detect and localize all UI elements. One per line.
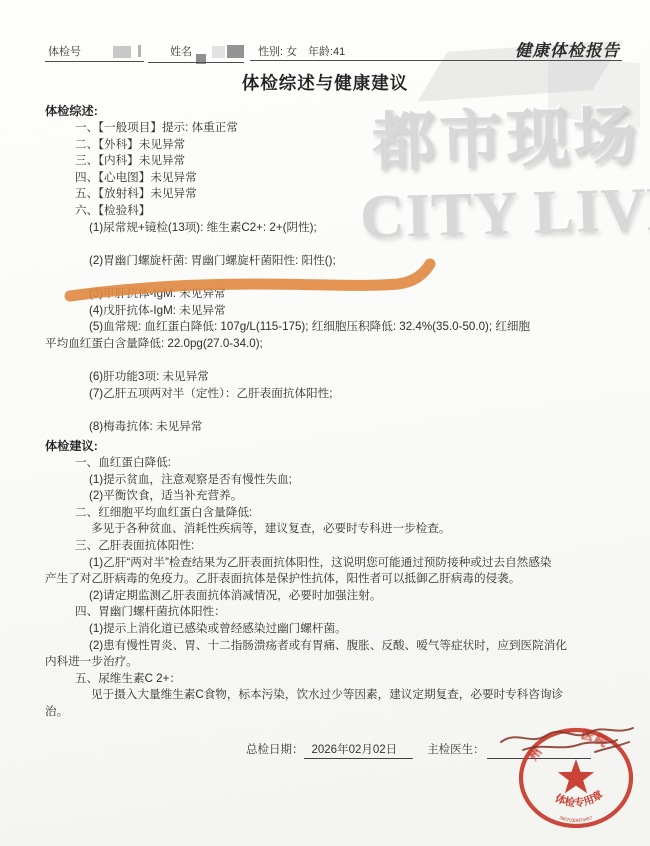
age-label: 年龄:41 — [308, 43, 345, 59]
advice-lines: 一、血红蛋白降低:(1)提示贫血，注意观察是否有慢性失血;(2)平衡饮食，适当补… — [45, 455, 620, 721]
header-rule — [45, 61, 144, 62]
advice-line: 多见于各种贫血、消耗性疾病等，建议复查，必要时专科进一步检查。 — [45, 521, 620, 538]
advice-line: 四、胃幽门螺杆菌抗体阳性： — [45, 604, 620, 621]
summary-heading: 体检综述: — [45, 102, 98, 119]
summary-line — [45, 236, 620, 253]
advice-line: 见于摄入大量维生素C食物，标本污染，饮水过少等因素，建议定期复查，必要时专科咨询… — [45, 687, 620, 704]
name-redaction — [212, 46, 225, 58]
summary-line: (1)尿常规+镜检(13项): 维生素C2+: 2+(阴性); — [45, 220, 620, 237]
name-redaction — [227, 45, 244, 58]
orange-marker-annotation — [58, 256, 450, 308]
advice-line: 五、尿维生素C 2+： — [45, 671, 620, 688]
summary-line: 四、【心电图】未见异常 — [45, 170, 620, 187]
advice-line: (1)乙肝“两对半”检查结果为乙肝表面抗体阳性，这说明您可能通过预防接种或过去自… — [45, 555, 620, 572]
name-label: 姓名 — [170, 43, 192, 59]
advice-line: (2)患有慢性胃炎、胃、十二指肠溃疡者或有胃痛、腹胀、反酸、嗳气等症状时，应到医… — [45, 638, 620, 655]
summary-line: 六、【检验科】 — [45, 203, 620, 220]
summary-line: (8)梅毒抗体: 未见异常 — [45, 419, 620, 436]
header-rule — [250, 60, 622, 61]
exam-no-redaction — [113, 46, 131, 58]
advice-line: (1)提示上消化道已感染或曾经感染过幽门螺杆菌。 — [45, 621, 620, 638]
advice-line: 内科进一步治疗。 — [45, 654, 620, 671]
page-title: 体检综述与健康建议 — [0, 70, 650, 95]
doctor-signature — [497, 722, 637, 762]
summary-line: (7)乙肝五项两对半（定性）：乙肝表面抗体阳性; — [45, 386, 620, 403]
stamp-bottom-text: 体检专用章 — [553, 787, 606, 809]
gender-label: 性别: 女 — [258, 43, 297, 59]
exam-no-redaction — [138, 45, 141, 57]
doctor-label: 主检医生： — [427, 744, 485, 756]
advice-line: (2)请定期监测乙肝表面抗体消减情况，必要时加强注射。 — [45, 588, 620, 605]
summary-line — [45, 402, 620, 419]
report-page: 都市现场 CITY LIVE 体检号 姓名 性别: 女 年龄:41 健康体检报告… — [0, 0, 650, 846]
summary-line: 平均血红蛋白含量降低: 22.0pg(27.0-34.0); — [45, 336, 620, 353]
advice-line: 三、乙肝表面抗体阳性: — [45, 538, 620, 555]
advice-line: (2)平衡饮食，适当补充营养。 — [45, 488, 620, 505]
summary-line: 一、【一般项目】提示: 体重正常 — [45, 120, 620, 137]
svg-text:体检专用章: 体检专用章 — [553, 787, 606, 809]
advice-heading: 体检建议: — [45, 437, 98, 454]
summary-line: 五、【放射科】未见异常 — [45, 186, 620, 203]
report-logo-text: 健康体检报告 — [515, 37, 620, 61]
advice-line: 二、红细胞平均血红蛋白含量降低: — [45, 505, 620, 522]
date-value: 2026年02月02日 — [304, 741, 414, 759]
svg-text:3607030NT4457: 3607030NT4457 — [559, 815, 594, 823]
advice-line: 一、血红蛋白降低: — [45, 455, 620, 472]
stamp-serial: 3607030NT4457 — [559, 815, 594, 823]
exam-no-label: 体检号 — [48, 43, 81, 59]
summary-line — [45, 352, 620, 369]
header-rule — [148, 62, 244, 63]
summary-line: (5)血常规: 血红蛋白降低: 107g/L(115-175); 红细胞压积降低… — [45, 319, 620, 336]
summary-line: (6)肝功能3项: 未见异常 — [45, 369, 620, 386]
advice-line: 治。 — [45, 704, 620, 721]
advice-line: (1)提示贫血，注意观察是否有慢性失血; — [45, 472, 620, 489]
date-label: 总检日期： — [246, 744, 304, 756]
advice-line: 产生了对乙肝病毒的免疫力。乙肝表面抗体是保护性抗体，阳性者可以抵御乙肝病毒的侵袭… — [45, 571, 620, 588]
summary-line: 二、【外科】未见异常 — [45, 137, 620, 154]
stamp-star-icon — [558, 759, 594, 793]
summary-line: 三、【内科】未见异常 — [45, 153, 620, 170]
